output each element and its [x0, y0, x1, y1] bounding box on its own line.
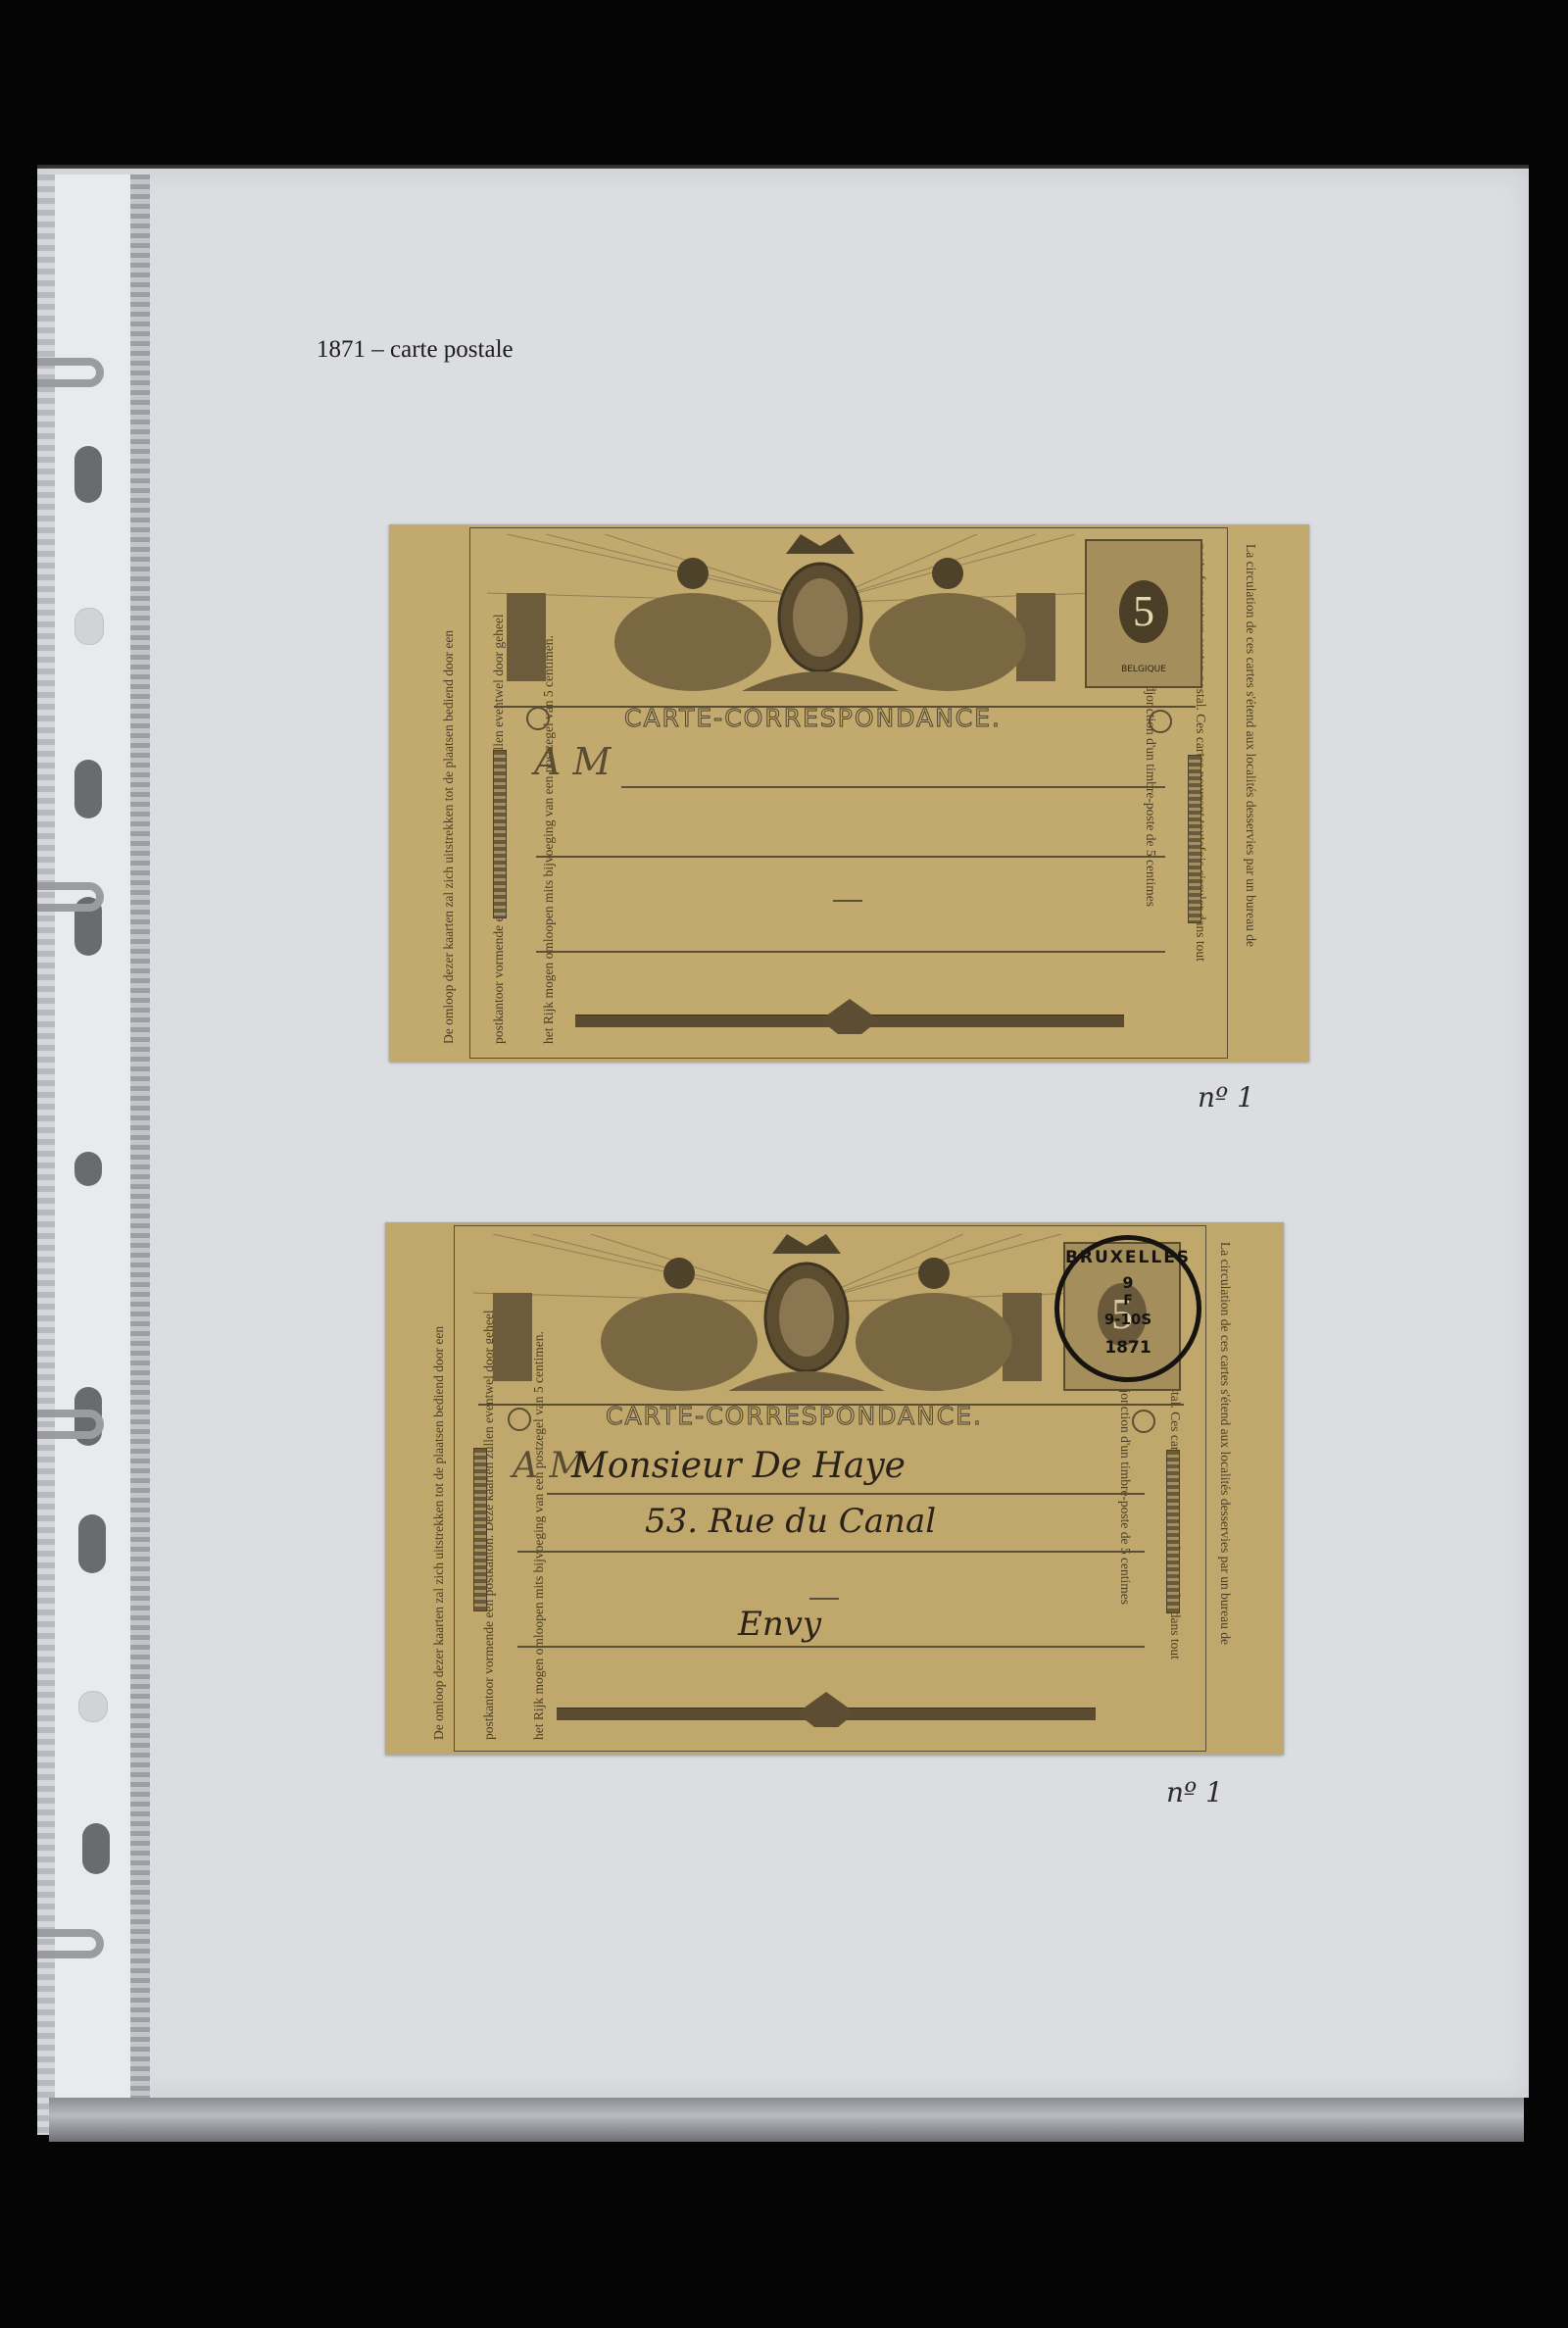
rosette-icon [508, 1408, 531, 1431]
punch-hole [74, 608, 104, 645]
punch-hole [74, 760, 102, 818]
punch-hole [78, 1514, 106, 1573]
sleeve-edge-outer [37, 174, 55, 2135]
allegorical-engraving-icon [473, 1234, 1081, 1401]
side-pillar-ornament [493, 750, 507, 918]
catalog-note: nº 1 [1166, 1776, 1223, 1808]
punch-hole [74, 446, 102, 503]
album-page [37, 169, 1529, 2098]
recipient-city: Envy [738, 1605, 821, 1644]
binder-ring [37, 1929, 104, 1958]
sleeve-bottom-edge [49, 2098, 1524, 2142]
address-line [536, 951, 1165, 953]
recipient-street: 53. Rue du Canal [645, 1502, 936, 1541]
address-line [547, 1493, 1145, 1495]
punch-hole [82, 1823, 110, 1874]
postmark-bruxelles: BRUXELLES 9 F 9-10S 1871 [1054, 1235, 1201, 1382]
side-pillar-ornament [473, 1448, 487, 1611]
separator-dash [809, 1598, 839, 1600]
postcard-2: De omloop dezer kaarten zal zich uitstre… [385, 1222, 1284, 1755]
address-prefix: A M [534, 740, 611, 783]
binder-ring [37, 1410, 104, 1439]
imprinted-stamp: 5 BELGIQUE [1085, 539, 1202, 688]
separator-dash [833, 900, 862, 902]
side-pillar-ornament [1166, 1450, 1180, 1613]
postcard-1: De omloop dezer kaarten zal zich uitstre… [389, 524, 1309, 1062]
card-title: CARTE-CORRESPONDANCE. [624, 704, 1002, 732]
page-heading: 1871 – carte postale [317, 336, 514, 364]
address-line [517, 1551, 1145, 1553]
address-line [621, 786, 1165, 788]
binder-ring [37, 358, 104, 387]
address-line [536, 856, 1165, 858]
allegorical-engraving-icon [487, 534, 1095, 701]
card-title: CARTE-CORRESPONDANCE. [606, 1402, 983, 1430]
stamp-value: 5 [1119, 580, 1168, 643]
rosette-icon [1132, 1410, 1155, 1433]
punch-hole [74, 1152, 102, 1186]
sleeve-edge-inner [130, 174, 150, 2115]
address-line [517, 1646, 1145, 1648]
recipient-name: Monsieur De Haye [571, 1446, 906, 1486]
rosette-icon [526, 707, 550, 730]
binder-ring [37, 882, 104, 912]
rosette-icon [1149, 710, 1172, 733]
punch-hole [78, 1691, 108, 1722]
side-pillar-ornament [1188, 755, 1201, 923]
catalog-note: nº 1 [1198, 1081, 1254, 1114]
